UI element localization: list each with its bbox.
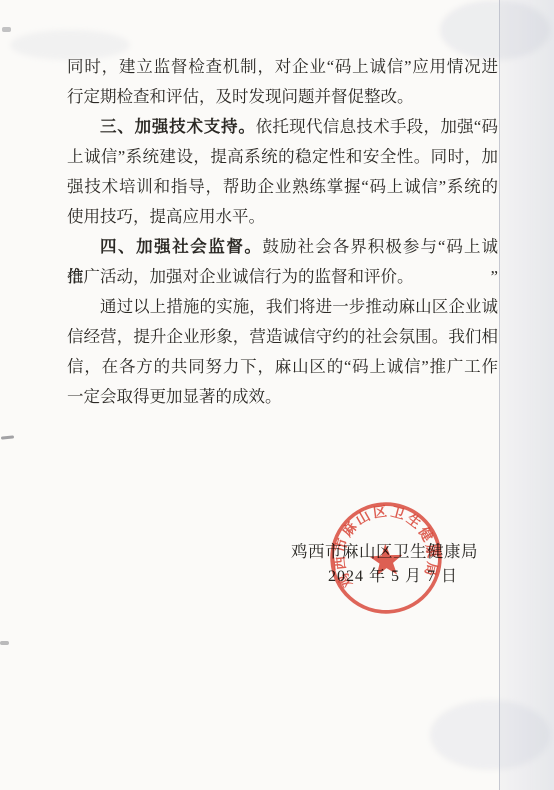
body-line-text: 信，在各方的共同努力下，麻山区的“码上诚信”推广工作 (67, 357, 498, 376)
body-line-text: 依托现代信息技术手段，加强“码 (256, 117, 498, 136)
body-line-text: 推广活动，加强对企业诚信行为的监督和评价。 (67, 267, 414, 286)
official-red-seal: 鸡西市麻山区卫生健康局 (322, 494, 450, 622)
scan-noise-smudge (440, 0, 550, 60)
body-line: 通过以上措施的实施，我们将进一步推动麻山区企业诚 (67, 292, 498, 322)
body-line: 使用技巧，提高应用水平。 (67, 202, 498, 232)
seal-star-icon (369, 543, 403, 576)
body-line: 行定期检查和评估，及时发现问题并督促整改。 (67, 82, 498, 112)
scan-artifact-mark (0, 641, 9, 645)
scan-artifact-mark (1, 435, 14, 439)
body-line: 信经营，提升企业形象，营造诚信守约的社会氛围。我们相 (67, 322, 498, 352)
body-line-text: 使用技巧，提高应用水平。 (67, 207, 265, 226)
body-line-text: 强技术培训和指导，帮助企业熟练掌握“码上诚信”系统的 (67, 177, 498, 196)
body-line: 上诚信”系统建设，提高系统的稳定性和安全性。同时，加 (67, 142, 498, 172)
body-line: 信，在各方的共同努力下，麻山区的“码上诚信”推广工作 (67, 352, 498, 382)
body-line-text: 行定期检查和评估，及时发现问题并督促整改。 (67, 87, 414, 106)
body-line-text: 同时，建立监督检查机制，对企业“码上诚信”应用情况进 (67, 57, 498, 76)
document-body: 同时，建立监督检查机制，对企业“码上诚信”应用情况进 行定期检查和评估，及时发现… (67, 52, 498, 412)
scan-noise-smudge (430, 700, 550, 770)
body-line: 强技术培训和指导，帮助企业熟练掌握“码上诚信”系统的 (67, 172, 498, 202)
body-line: 三、加强技术支持。依托现代信息技术手段，加强“码 (67, 112, 498, 142)
body-line: 四、加强社会监督。鼓励社会各界积极参与“码上诚信” (67, 232, 498, 262)
body-line-bold: 三、加强技术支持。 (100, 117, 256, 136)
body-line-text: 信经营，提升企业形象，营造诚信守约的社会氛围。我们相 (67, 327, 498, 346)
body-line-text: 上诚信”系统建设，提高系统的稳定性和安全性。同时，加 (67, 147, 498, 166)
scan-edge-shadow (499, 0, 554, 790)
body-line-text: 一定会取得更加显著的成效。 (67, 387, 282, 406)
scanned-document-page: 同时，建立监督检查机制，对企业“码上诚信”应用情况进 行定期检查和评估，及时发现… (0, 0, 554, 790)
scan-artifact-mark (2, 27, 11, 32)
body-line: 一定会取得更加显著的成效。 (67, 382, 498, 412)
body-line-bold: 四、加强社会监督。 (100, 237, 262, 256)
body-line-text: 通过以上措施的实施，我们将进一步推动麻山区企业诚 (100, 297, 498, 316)
body-line: 同时，建立监督检查机制，对企业“码上诚信”应用情况进 (67, 52, 498, 82)
